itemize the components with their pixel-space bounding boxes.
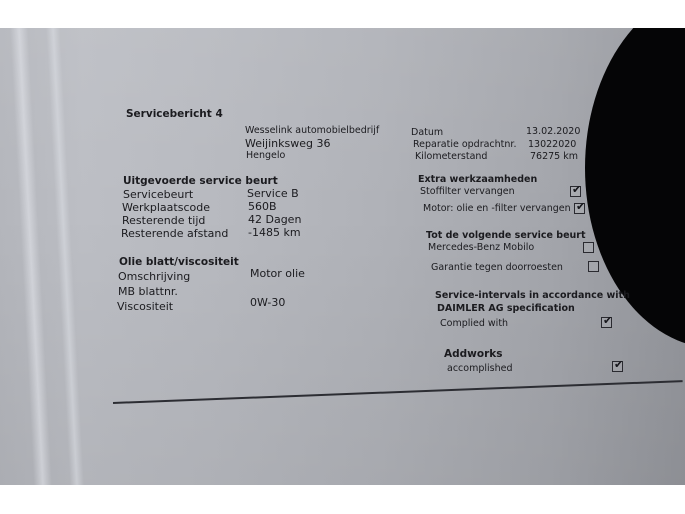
extra-item-label: Motor: olie en -filter vervangen (423, 203, 571, 215)
meta-label-date: Datum (411, 127, 443, 139)
extra-heading: Extra werkzaamheden (418, 174, 537, 186)
dealer-street: Weijinksweg 36 (245, 137, 330, 150)
service-value: Service B (247, 187, 299, 200)
checkmark-icon: ✔ (603, 314, 612, 327)
intervals-heading: Service-intervals in accordance with (435, 290, 630, 302)
extra-item-checkbox[interactable]: ✔ (574, 203, 585, 214)
extra-item-checkbox[interactable]: ✔ (570, 186, 581, 197)
page-edge (10, 28, 52, 485)
meta-value-order: 13022020 (528, 139, 576, 151)
checkmark-icon: ✔ (614, 358, 623, 371)
extra-item-label: Stoffilter vervangen (420, 186, 515, 198)
document-photo (0, 28, 685, 485)
checkmark-icon: ✔ (576, 200, 585, 213)
addworks-heading: Addworks (444, 348, 502, 361)
oil-value: 0W-30 (250, 296, 285, 309)
meta-label-order: Reparatie opdrachtnr. (413, 139, 516, 151)
dealer-city: Hengelo (246, 150, 285, 162)
next-service-item-checkbox[interactable] (588, 261, 599, 272)
intervals-item-label: Complied with (440, 318, 508, 330)
checkmark-icon: ✔ (572, 183, 581, 196)
service-value: 560B (248, 200, 277, 213)
service-label: Resterende afstand (121, 227, 228, 240)
service-value: -1485 km (248, 226, 301, 239)
next-service-item-label: Mercedes-Benz Mobilo (428, 242, 534, 254)
addworks-item-checkbox[interactable]: ✔ (612, 361, 623, 372)
next-service-item-label: Garantie tegen doorroesten (431, 262, 563, 274)
service-label: Werkplaatscode (122, 201, 210, 214)
oil-label: MB blattnr. (118, 285, 178, 298)
meta-label-km: Kilometerstand (415, 151, 487, 163)
intervals-heading-line2: DAIMLER AG specification (437, 303, 575, 315)
oil-value: Motor olie (250, 267, 305, 280)
page-edge (46, 28, 84, 485)
meta-value-km: 76275 km (530, 151, 578, 163)
service-label: Resterende tijd (122, 214, 205, 227)
document-title: Servicebericht 4 (126, 108, 223, 121)
meta-value-date: 13.02.2020 (526, 126, 580, 138)
dealer-name: Wesselink automobielbedrijf (245, 125, 379, 137)
intervals-item-checkbox[interactable]: ✔ (601, 317, 612, 328)
service-label: Servicebeurt (123, 188, 193, 201)
next-service-item-checkbox[interactable] (583, 242, 594, 253)
oil-label: Viscositeit (117, 300, 173, 313)
service-value: 42 Dagen (248, 213, 301, 226)
addworks-item-label: accomplished (447, 363, 513, 375)
next-service-heading: Tot de volgende service beurt (426, 230, 586, 242)
oil-heading: Olie blatt/viscositeit (119, 256, 239, 269)
oil-label: Omschrijving (118, 270, 190, 283)
